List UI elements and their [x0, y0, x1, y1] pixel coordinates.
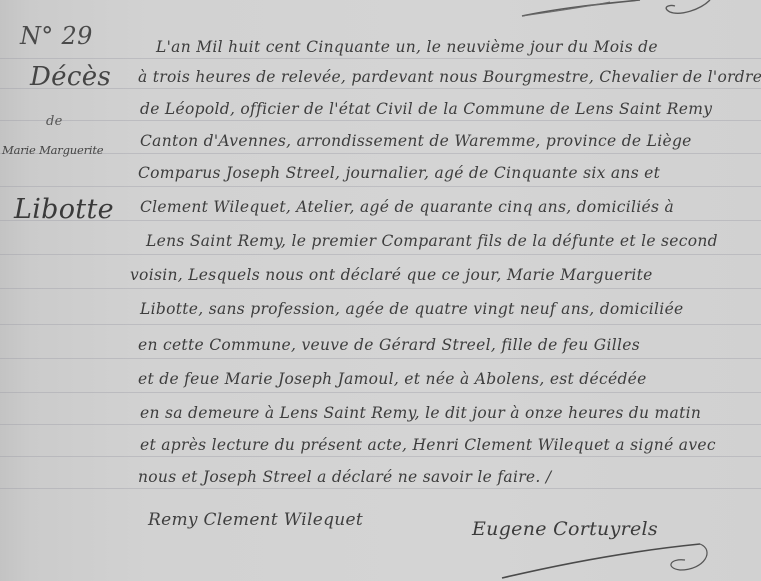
- ruled-line: [0, 254, 761, 255]
- register-page: N° 29 Décès de Marie Marguerite Libotte …: [0, 0, 761, 581]
- body-line: voisin, Lesquels nous ont déclaré que ce…: [130, 266, 653, 284]
- body-line: Clement Wilequet, Atelier, agé de quaran…: [140, 198, 674, 216]
- body-line: Libotte, sans profession, agée de quatre…: [140, 300, 684, 318]
- entry-number: N° 29: [20, 22, 93, 50]
- ruled-line: [0, 288, 761, 289]
- body-line: nous et Joseph Streel a déclaré ne savoi…: [138, 468, 551, 486]
- ruled-line: [0, 153, 761, 154]
- body-line: et après lecture du présent acte, Henri …: [140, 436, 716, 454]
- body-line: en cette Commune, veuve de Gérard Streel…: [138, 336, 640, 354]
- body-line: et de feue Marie Joseph Jamoul, et née à…: [138, 370, 647, 388]
- margin-surname: Libotte: [14, 194, 114, 225]
- officer-signature: Eugene Cortuyrels: [472, 518, 658, 540]
- witness-signature: Remy Clement Wilequet: [148, 510, 363, 530]
- body-line: de Léopold, officier de l'état Civil de …: [140, 100, 712, 118]
- margin-given-names: Marie Marguerite: [2, 143, 103, 157]
- ruled-line: [0, 392, 761, 393]
- ruled-line: [0, 58, 761, 59]
- ruled-line: [0, 120, 761, 121]
- ruled-line: [0, 186, 761, 187]
- body-line: Lens Saint Remy, le premier Comparant fi…: [146, 232, 718, 250]
- ruled-line: [0, 324, 761, 325]
- body-line: en sa demeure à Lens Saint Remy, le dit …: [140, 404, 701, 422]
- ruled-line: [0, 488, 761, 489]
- body-line: L'an Mil huit cent Cinquante un, le neuv…: [156, 38, 658, 56]
- ruled-line: [0, 358, 761, 359]
- signature-flourish-icon: [500, 0, 740, 22]
- ruled-line: [0, 456, 761, 457]
- signature-underline-icon: [490, 540, 730, 581]
- ruled-line: [0, 220, 761, 221]
- body-line: à trois heures de relevée, pardevant nou…: [138, 68, 761, 86]
- ruled-line: [0, 88, 761, 89]
- margin-preposition: de: [46, 114, 63, 129]
- body-line: Comparus Joseph Streel, journalier, agé …: [138, 164, 660, 182]
- body-line: Canton d'Avennes, arrondissement de Ware…: [140, 132, 692, 150]
- record-type: Décès: [30, 62, 111, 92]
- ruled-line: [0, 424, 761, 425]
